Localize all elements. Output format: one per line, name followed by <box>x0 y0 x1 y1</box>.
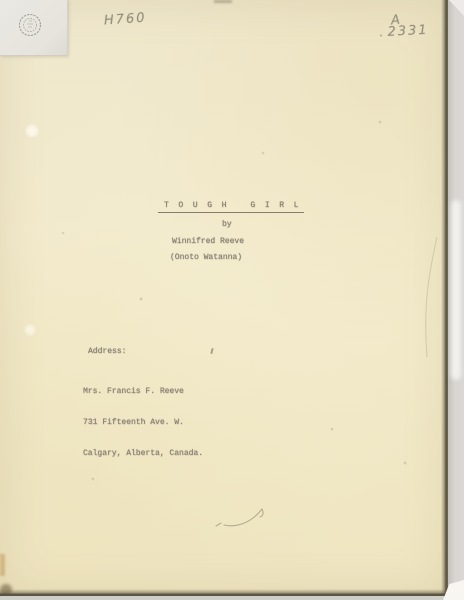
dust-specks <box>0 0 2 2</box>
byline: by <box>222 220 232 229</box>
embossed-stamp-icon <box>8 3 52 47</box>
pencil-swoosh-mark <box>205 498 280 538</box>
page-bottom-edge-shadow <box>0 589 448 596</box>
backdrop-bottom-strip <box>0 596 464 600</box>
stray-pencil-tick <box>210 348 213 354</box>
left-edge-stain <box>0 554 5 576</box>
manuscript-page: H760 A .2331 T O U G H G I R L by Winnif… <box>0 0 448 596</box>
punch-hole-bottom <box>24 324 36 336</box>
page-right-edge-shadow <box>441 0 448 596</box>
pencil-call-number: .2331 <box>379 23 429 41</box>
top-edge-smudge <box>214 0 232 3</box>
scanned-document: H760 A .2331 T O U G H G I R L by Winnif… <box>0 0 464 600</box>
manuscript-title: T O U G H G I R L <box>158 201 304 213</box>
underlying-page-edge-highlight <box>451 200 461 380</box>
address-line-street: 731 Fifteenth Ave. W. <box>83 418 203 428</box>
address-line-city: Calgary, Alberta, Canada. <box>83 449 203 459</box>
pencil-call-number-digits: 2331 <box>387 23 429 40</box>
author-name: Winnifred Reeve <box>172 237 244 246</box>
address-line-name: Mrs. Francis F. Reeve <box>83 387 203 397</box>
address-label: Address: <box>88 347 126 356</box>
pencil-accession-code: H760 <box>104 11 148 29</box>
address-block: Mrs. Francis F. Reeve 731 Fifteenth Ave.… <box>83 366 203 480</box>
author-pseudonym: (Onoto Watanna) <box>170 253 242 262</box>
manuscript-title-underlined-text: T O U G H G I R L <box>158 201 304 213</box>
punch-hole-top <box>25 124 39 138</box>
pencil-call-number-dot: . <box>379 26 385 39</box>
